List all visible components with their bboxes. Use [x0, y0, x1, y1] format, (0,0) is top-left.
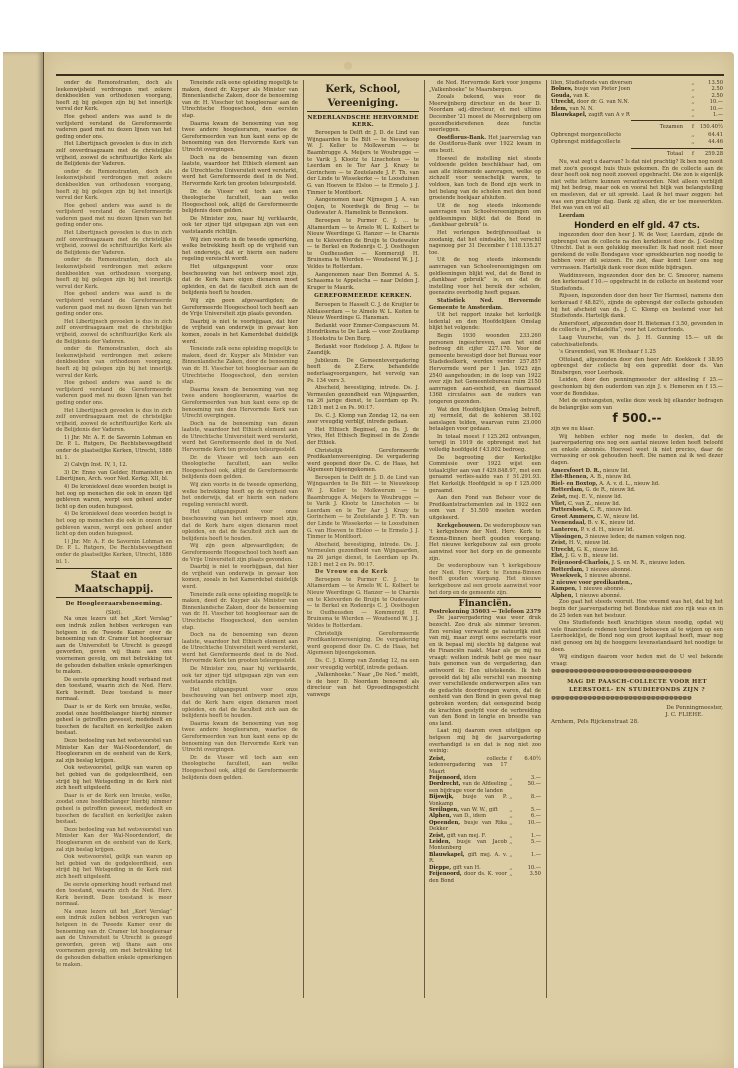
paragraph: ingezonden door den heer J. W. de Veer, … [551, 232, 723, 272]
paragraph: Daarbij is niet te voorbijgaan, dat hier… [182, 319, 298, 345]
paragraph: Uit de nog steeds inkomende aanvragen va… [429, 257, 541, 297]
member-entry: Feijenoord-Charlois, J. S. en M. R., nie… [551, 560, 723, 567]
paragraph: Aangenomen naar Nijmegen J. A. van Ooije… [307, 197, 419, 217]
paragraph: Daarbij is niet te voorbijgaan, dat hier… [182, 564, 298, 590]
member-entry: Vlissingen, 3 nieuwe leden; de namen vol… [551, 534, 723, 541]
paragraph: 's Gravendeel, van W. Heshaar f 1.25 [551, 349, 723, 356]
grand-total-amount: 259.28 [697, 151, 723, 157]
paragraph: Ook wetsvoorstel, gelijk van waren op he… [56, 854, 172, 880]
newspaper-page: onder de Remonstranten, doch als leekenw… [44, 52, 734, 1068]
ledger-row: Blauwkapel, zagift van A v R,,1.— [551, 112, 723, 118]
paragraph: De wederopbouw van 't kerkgebouw der Ned… [429, 563, 541, 596]
paragraph: onder de Remonstranten, doch als leekenw… [56, 80, 172, 113]
ledger-row: Zeist, collecte ledenvergadering van 17 … [429, 756, 541, 775]
paragraph: Christelijk Gereformeerde Predikantenver… [307, 631, 419, 657]
member-entry: Alphen, 1 nieuwe abonné. [551, 593, 723, 600]
subheading-nhk: NEDERLANDSCHE HERVORMDE KERK. [307, 115, 419, 128]
paragraph: Dr. de Visser wil toch aan een theologis… [182, 189, 298, 215]
member-entry: Amersfoort D. R., nieuw lid. [551, 468, 723, 475]
signature-role: De Penningmeester, [551, 705, 723, 712]
subheading-gk: GEREFORMEERDE KERKEN. [307, 293, 419, 300]
paragraph: Deze bedoeling van het wetsvoorstel van … [56, 827, 172, 853]
big-amount: f 500.-- [551, 415, 723, 422]
paragraph: Uit de nog steeds inkomende aanvragen va… [429, 203, 541, 229]
column-rule [424, 80, 425, 998]
article-title: De Hoogleeraarsbenoeming. [56, 601, 172, 608]
paragraph: Wij zien voorts in de tweede opmerking, … [182, 237, 298, 263]
paragraph: Begin 1930 woonden 233.260 personen inge… [429, 333, 541, 406]
member-entry: Riel- en Boxtop, A. A. v. d. L., nieuw l… [551, 481, 723, 488]
paragraph: Teneinde zulk eene opleiding mogelijk te… [182, 592, 298, 632]
article-subtitle: (Slot). [56, 610, 172, 617]
paragraph: Christelijk Gereformeerde Predikantenver… [307, 448, 419, 474]
paragraph: de Ned. Hervormde Kerk voor jongens „Val… [429, 80, 541, 93]
paragraph: In totaal moest f 125.262 ontvangen, ter… [429, 434, 541, 454]
paragraph: Beroepen te Delft dr. J. D. de Lind van … [307, 475, 419, 541]
paper-stain [344, 62, 352, 70]
paragraph: Beroepen te Hasselt C. J. de Kruijter te… [307, 302, 419, 322]
paragraph: Het uitgangspunt voor onze beschouwing v… [182, 509, 298, 542]
paragraph: Hoe geheel anders was aand is de verlijs… [56, 114, 172, 140]
paragraph: Zooals bekend, was voor de Meerwijnberg … [429, 94, 541, 134]
telefoon-value: 2379 [526, 609, 541, 615]
paragraph: Hoewel de instelling niet steeds voldoen… [429, 156, 541, 202]
paragraph: De begrooting der Kerkelijke Commissie o… [429, 455, 541, 495]
footnote: 1) Jhr. Mr. A. F. de Savornin Lohman en … [56, 539, 172, 565]
paragraph: De Minister zou, naar hij verklaarde, oo… [182, 666, 298, 686]
paragraph: Hoe geheel anders was aand is de verlijs… [56, 380, 172, 406]
paragraph: Het Libertijnsch gevoelen is dus in zich… [56, 230, 172, 256]
paragraph: Het uitgangspunt voor onze beschouwing v… [182, 687, 298, 720]
paragraph: Abscheid, bevestiging, intrede. Ds. J. V… [307, 385, 419, 411]
member-entry: Elst-Rhenen, A. B., nieuw lid. [551, 474, 723, 481]
paragraph: Laag Vuursche, van ds. J. H. Gunning 15.… [551, 335, 723, 348]
totals-row: Tezamenf150.40½ [551, 123, 723, 130]
paragraph: Teneinde zulk eene opleiding mogelijk te… [182, 80, 298, 120]
previous-page-edge [3, 52, 45, 1068]
paragraph: Wat den Hoofdelijken Omslag betreft, zij… [429, 407, 541, 433]
paragraph: Daarna kwam de benoeming van nog twee an… [182, 121, 298, 154]
paragraph: Rijssen, ingezonden door den heer Ter Ha… [551, 293, 723, 319]
ledger-row: Opeenden, busje van Rika Dekker,,10.— [429, 820, 541, 833]
totals-table: Tezamenf150.40½Opbrengst morgencollecte,… [551, 123, 723, 145]
paragraph: De eerste opmerking houdt verband met de… [56, 882, 172, 908]
paragraph: Laat mij daarom even uitstijgen op hetge… [429, 728, 541, 754]
telefoon-label: Telefoon [498, 609, 524, 615]
paragraph: onder de Remonstranten, doch als leekenw… [56, 346, 172, 379]
postrekening-label: Postrekening [429, 609, 469, 615]
member-entry: Zeist, mej. E. V., nieuw lid. [551, 494, 723, 501]
paragraph: Daar is er de Kerk een breuke, welke, zo… [56, 793, 172, 826]
postrekening-value: 35603 [471, 609, 490, 615]
paragraph: Zoo gaat het steeds vooruit. Hoe vreemd … [551, 599, 723, 619]
ledger-row: Dordrecht, van de Afdeeling een bijdrage… [429, 781, 541, 794]
paragraph: Leiden, door den penningmeester der afde… [551, 377, 723, 397]
paragraph: Doch na de benoeming van dezen laatste, … [182, 421, 298, 454]
oostflorus-heading: Oostflorus-Bank. [437, 135, 486, 141]
member-entry: Wesekwek, 1 nieuwe abonné. [551, 573, 723, 580]
ornament-divider: ❁❁❁❁❁❁❁❁❁❁❁❁❁❁❁❁❁❁❁❁❁❁❁❁❁❁❁❁❁❁❁ [551, 669, 723, 676]
member-entry: Veenendaal, B. v. K., nieuw lid. [551, 520, 723, 527]
footnote: 2) Calvijn Inst. IV, 1, 12. [56, 462, 172, 469]
footnote: 4) De kroniekwel deze woorden bezigt is … [56, 484, 172, 510]
ledger-row: Bijswijk, busje van P. Vonkamp,,8.— [429, 794, 541, 807]
heading-honderd: Honderd en elf gld. 47 cts. [551, 222, 723, 229]
paragraph: Het Libertijnsch gevoelen is dus in zich… [56, 141, 172, 167]
paragraph: Waddinxveen, ingezonden door den br. C. … [551, 273, 723, 293]
paragraph: zijn we nu klaar. [551, 426, 723, 433]
ledger-row: Blauwkapel, gift mej. A. v. R.,,1.— [429, 852, 541, 865]
totals-row: Opbrengst middagcollecte,,44.46 [551, 138, 723, 145]
member-entry: Groot Ammers, C. W., nieuw lid. [551, 514, 723, 521]
member-entry: Lanteren, P. v. d. H., nieuw lid. [551, 527, 723, 534]
paragraph: Ons Studiefonds heeft krachtigen steun n… [551, 620, 723, 653]
footnote: 1) Jhr. Mr. A. F. de Savornin Lohman en … [56, 435, 172, 461]
paragraph: Ook wetsvoorstel, gelijk van waren op he… [56, 765, 172, 791]
paragraph: Het Libertijnsch gevoelen is dus in zich… [56, 319, 172, 345]
paragraph: Aan den Fond van Beheer voor de Predikan… [429, 495, 541, 521]
member-entry: Rotterdam, G. de R., nieuw lid. [551, 487, 723, 494]
paragraph: Dr. de Visser wil toch aan een theologis… [182, 755, 298, 781]
column-news: de Ned. Hervormde Kerk voor jongens „Val… [429, 80, 541, 1000]
column-kerk: Kerk, School, Vereeniging. NEDERLANDSCHE… [307, 80, 419, 1000]
notice-line-1: MAG DE PAASCH-COLLECTE VOOR HET [551, 678, 723, 686]
paragraph: Doch na de benoeming van dezen laatste, … [182, 155, 298, 188]
ledger-row: Leiden, busje van Jacob Montenberg,,5.— [429, 839, 541, 852]
paragraph: Jubileum. De Gemeentevergadering heeft d… [307, 358, 419, 384]
paragraph: Wij hebben echter nog mede te deelen, da… [551, 434, 723, 467]
paragraph: Abscheid, bevestiging, intrede. Ds. J. V… [307, 542, 419, 568]
member-entry: Puttershoek, C. R., nieuw lid. [551, 507, 723, 514]
top-ledger: lilen, Studiefonds van diversen,,13.50Bo… [551, 80, 723, 118]
paragraph: Beroepen te Purmer C. J. ... te Altamerd… [307, 218, 419, 271]
paragraph: Amersfoort, afgezonden door H. Bieteman … [551, 321, 723, 334]
paragraph: Wij zien voorts in de tweede opmerking, … [182, 482, 298, 508]
ornament-divider: ❁❁❁❁❁❁❁❁❁❁❁❁❁❁❁❁❁❁❁❁❁❁❁❁❁❁❁❁❁❁❁ [551, 696, 723, 703]
paragraph: Dr. de Visser wil toch aan een theologis… [182, 455, 298, 481]
paragraph: onder de Remonstranten, doch als leekenw… [56, 257, 172, 290]
paragraph: De eerste opmerking houdt verband met de… [56, 677, 172, 703]
paragraph: Daarna kwam de benoeming van nog twee an… [182, 721, 298, 754]
paragraph: Het Libertijnsch gevoelen is dus in zich… [56, 408, 172, 434]
paragraph: Bedankt voor Rodeloop J. A. Rijkee te Za… [307, 344, 419, 357]
section-heading-staat: Staat en Maatschappij. [56, 568, 172, 598]
paragraph: De jaarvergadering was weer druk bezocht… [429, 615, 541, 727]
section-heading-financien: Financiën. [429, 601, 541, 608]
column-right: lilen, Studiefonds van diversen,,13.50Bo… [551, 80, 723, 1020]
paragraph: Met de ontvangsten, welke deze week bij … [551, 398, 723, 411]
currency: f [689, 151, 697, 157]
notice-line-2: LEERSTOEL- EN STUDIEFONDS ZIJN ? [551, 686, 723, 694]
paragraph: Hoe geheel anders was aand is de verlijs… [56, 203, 172, 229]
signoff: Leerdam [551, 213, 723, 220]
paragraph: Daar is er de Kerk een breuke, welke, zo… [56, 704, 172, 737]
member-entry: Utrecht, G. K., nieuw lid. [551, 547, 723, 554]
section-heading-kerk: Kerk, School, Vereeniging. [307, 83, 419, 112]
column-middle: Teneinde zulk eene opleiding mogelijk te… [182, 80, 298, 1000]
paragraph: Het uitgangspunt voor onze beschouwing v… [182, 264, 298, 297]
column-rule [177, 80, 178, 998]
paragraph: Doch na de benoeming van dezen laatste, … [182, 632, 298, 665]
top-rule [56, 74, 724, 76]
member-entry: Elst, J. G. v. B., nieuw lid. [551, 553, 723, 560]
column-rule [303, 80, 304, 998]
paragraph: Ds. C. J. Klomp van Zondag 12, na een ze… [307, 413, 419, 426]
member-entry: Vliet, C. van Z., nieuw lid. [551, 501, 723, 508]
signature-name: J. C. FLIEHE. [551, 712, 723, 719]
paragraph: Wij zijn geen afgevaardigden; de Gerefor… [182, 298, 298, 318]
paragraph: Beroepen te Delft dr. J. D. de Lind van … [307, 130, 419, 196]
paragraph: Beroepen te Purmer C. J. ... te Altamerd… [307, 577, 419, 630]
paragraph: Daarna kwam de benoeming van nog twee an… [182, 387, 298, 420]
paragraph: onder de Remonstranten, doch als leekenw… [56, 169, 172, 202]
paragraph: Uit het rapport inzake het kerkelijk led… [429, 312, 541, 332]
paragraph: Bedankt voor Emmer-Compascuum M. Hendrik… [307, 323, 419, 343]
statistiek-heading: Statistiek Ned. Hervormde Gemeente te Am… [429, 298, 541, 311]
ledger-row: Feijenoord, door ds. K. voor den Bond,,3… [429, 871, 541, 884]
grand-total-label: Totaal [551, 151, 689, 157]
contact-line: Postrekening 35603 — Telefoon 2379 [429, 609, 541, 616]
paragraph: Nu, wat zegt u daarvan? Is dat niet prac… [551, 159, 723, 212]
column-rule [546, 80, 547, 998]
paragraph-valkenhoeke: „Valkenhoeke.” Naar „De Ned.” meldt, is … [307, 672, 419, 698]
paragraph: De wederopbouw van 't kerkgebouw der Ned… [429, 523, 541, 562]
paragraph: Ds. C. J. Klomp van Zondag 12, na een ze… [307, 658, 419, 671]
vrouw-kerk-label: De Vrouw en de Kerk [307, 569, 419, 576]
donations-ledger: Zeist, collecte ledenvergadering van 17 … [429, 756, 541, 884]
footnote: 4) De kroniekwel deze woorden bezigt is … [56, 511, 172, 537]
paragraph: Hoe geheel anders was aand is de verlijs… [56, 291, 172, 317]
column-left: onder de Remonstranten, doch als leekenw… [56, 80, 172, 1000]
paragraph: De Minister zou, naar hij verklaarde, oo… [182, 216, 298, 236]
paragraph: Na onze lezers uit het „Kort Verslag” ee… [56, 616, 172, 675]
totals-row: Opbrengst morgencollecte,,64.41 [551, 131, 723, 138]
paragraph: Na onze lezers uit het „Kort Verslag” ee… [56, 909, 172, 968]
paragraph: Het Ethisch Beginsel, en Ds. J. de Vries… [307, 427, 419, 447]
footnote: 3) Dr. Enno van Gelder, Humanisten en Li… [56, 470, 172, 483]
paragraph: Wij zijn geen afgevaardigden; de Gerefor… [182, 543, 298, 563]
paragraph: Deze bedoeling van het wetsvoorstel van … [56, 738, 172, 764]
members-list: Amersfoort D. R., nieuw lid.Elst-Rhenen,… [551, 468, 723, 600]
paragraph: Wij eindigen daarom voor heden met de U … [551, 654, 723, 667]
paragraph: Ottoland, afgezonden door den heer Adr. … [551, 357, 723, 377]
paragraph: Teneinde zulk eene opleiding mogelijk te… [182, 346, 298, 386]
paragraph: Aangenomen naar Den Bommel A. S. Schaasm… [307, 272, 419, 292]
member-entry: Zeist, H. V., nieuw lid. [551, 540, 723, 547]
paragraph: Het verlengen bedrijfsresultaat is zooda… [429, 230, 541, 256]
grand-total: Totaal f 259.28 [551, 151, 723, 157]
kerkgebouwen-heading: Kerkgebouwen. [437, 523, 482, 529]
member-entry: Kampen, 1 nieuwe abonné. [551, 586, 723, 593]
signature-address: Arnhem, Pels Rijckenstraat 28. [551, 719, 723, 726]
